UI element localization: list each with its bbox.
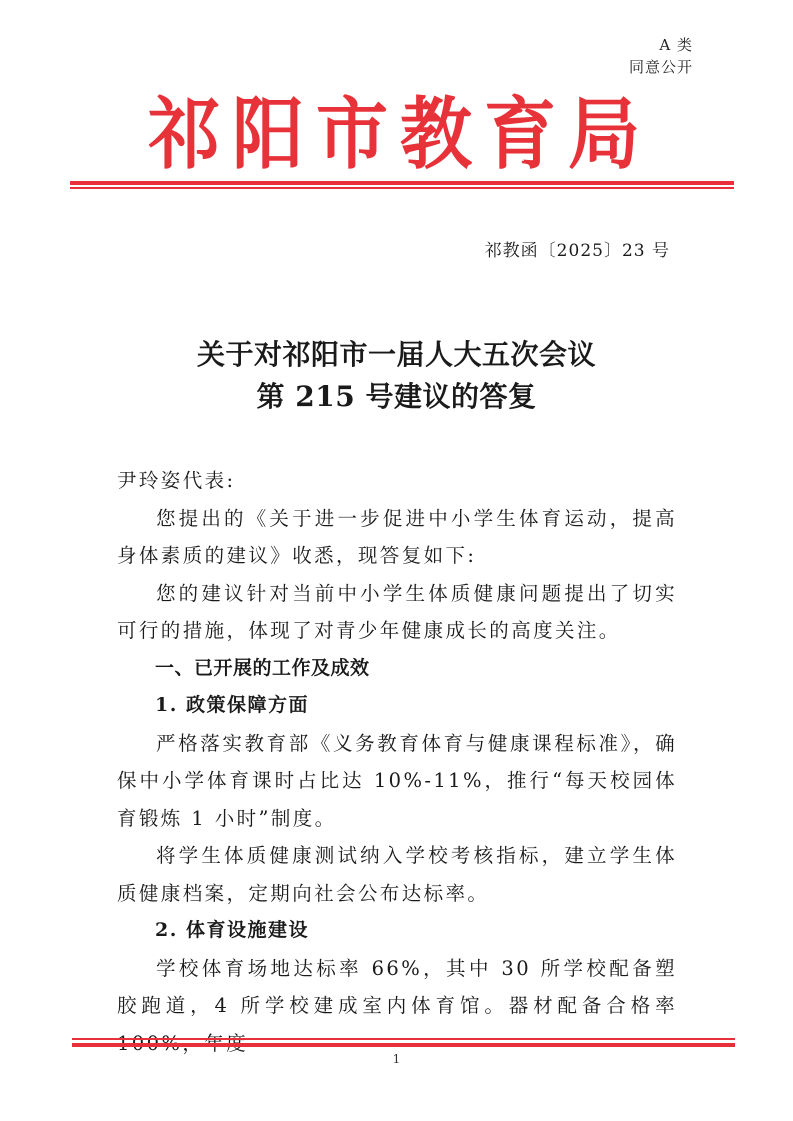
body-paragraph: 您提出的《关于进一步促进中小学生体育运动，提高身体素质的建议》收悉，现答复如下:	[117, 500, 677, 575]
title-line-2: 第 215 号建议的答复	[0, 376, 793, 418]
masthead-rule-thick	[70, 181, 734, 185]
body-paragraph: 您的建议针对当前中小学生体质健康问题提出了切实可行的措施，体现了对青少年健康成长…	[117, 575, 677, 650]
title-line-1: 关于对祁阳市一届人大五次会议	[0, 334, 793, 376]
document-title: 关于对祁阳市一届人大五次会议 第 215 号建议的答复	[0, 334, 793, 418]
document-body: 尹玲姿代表: 您提出的《关于进一步促进中小学生体育运动，提高身体素质的建议》收悉…	[117, 462, 677, 1062]
body-paragraph: 将学生体质健康测试纳入学校考核指标，建立学生体质健康档案，定期向社会公布达标率。	[117, 837, 677, 912]
disclosure-status: 同意公开	[629, 56, 693, 78]
document-number: 祁教函〔2025〕23 号	[485, 236, 670, 261]
footer-rule-thin	[72, 1038, 735, 1040]
section-heading: 一、已开展的工作及成效	[117, 650, 677, 688]
footer-rule-thick	[72, 1043, 735, 1047]
subsection-heading: 2. 体育设施建设	[117, 912, 677, 950]
subsection-heading: 1. 政策保障方面	[117, 687, 677, 725]
salutation: 尹玲姿代表:	[117, 462, 677, 500]
masthead-rule-thin	[70, 187, 734, 189]
page-number: 1	[0, 1052, 793, 1066]
body-paragraph: 严格落实教育部《义务教育体育与健康课程标准》，确保中小学体育课时占比达 10%-…	[117, 725, 677, 838]
classification-category: A 类	[629, 34, 693, 56]
classification-block: A 类 同意公开	[629, 34, 693, 78]
masthead-title: 祁阳市教育局	[140, 89, 660, 180]
